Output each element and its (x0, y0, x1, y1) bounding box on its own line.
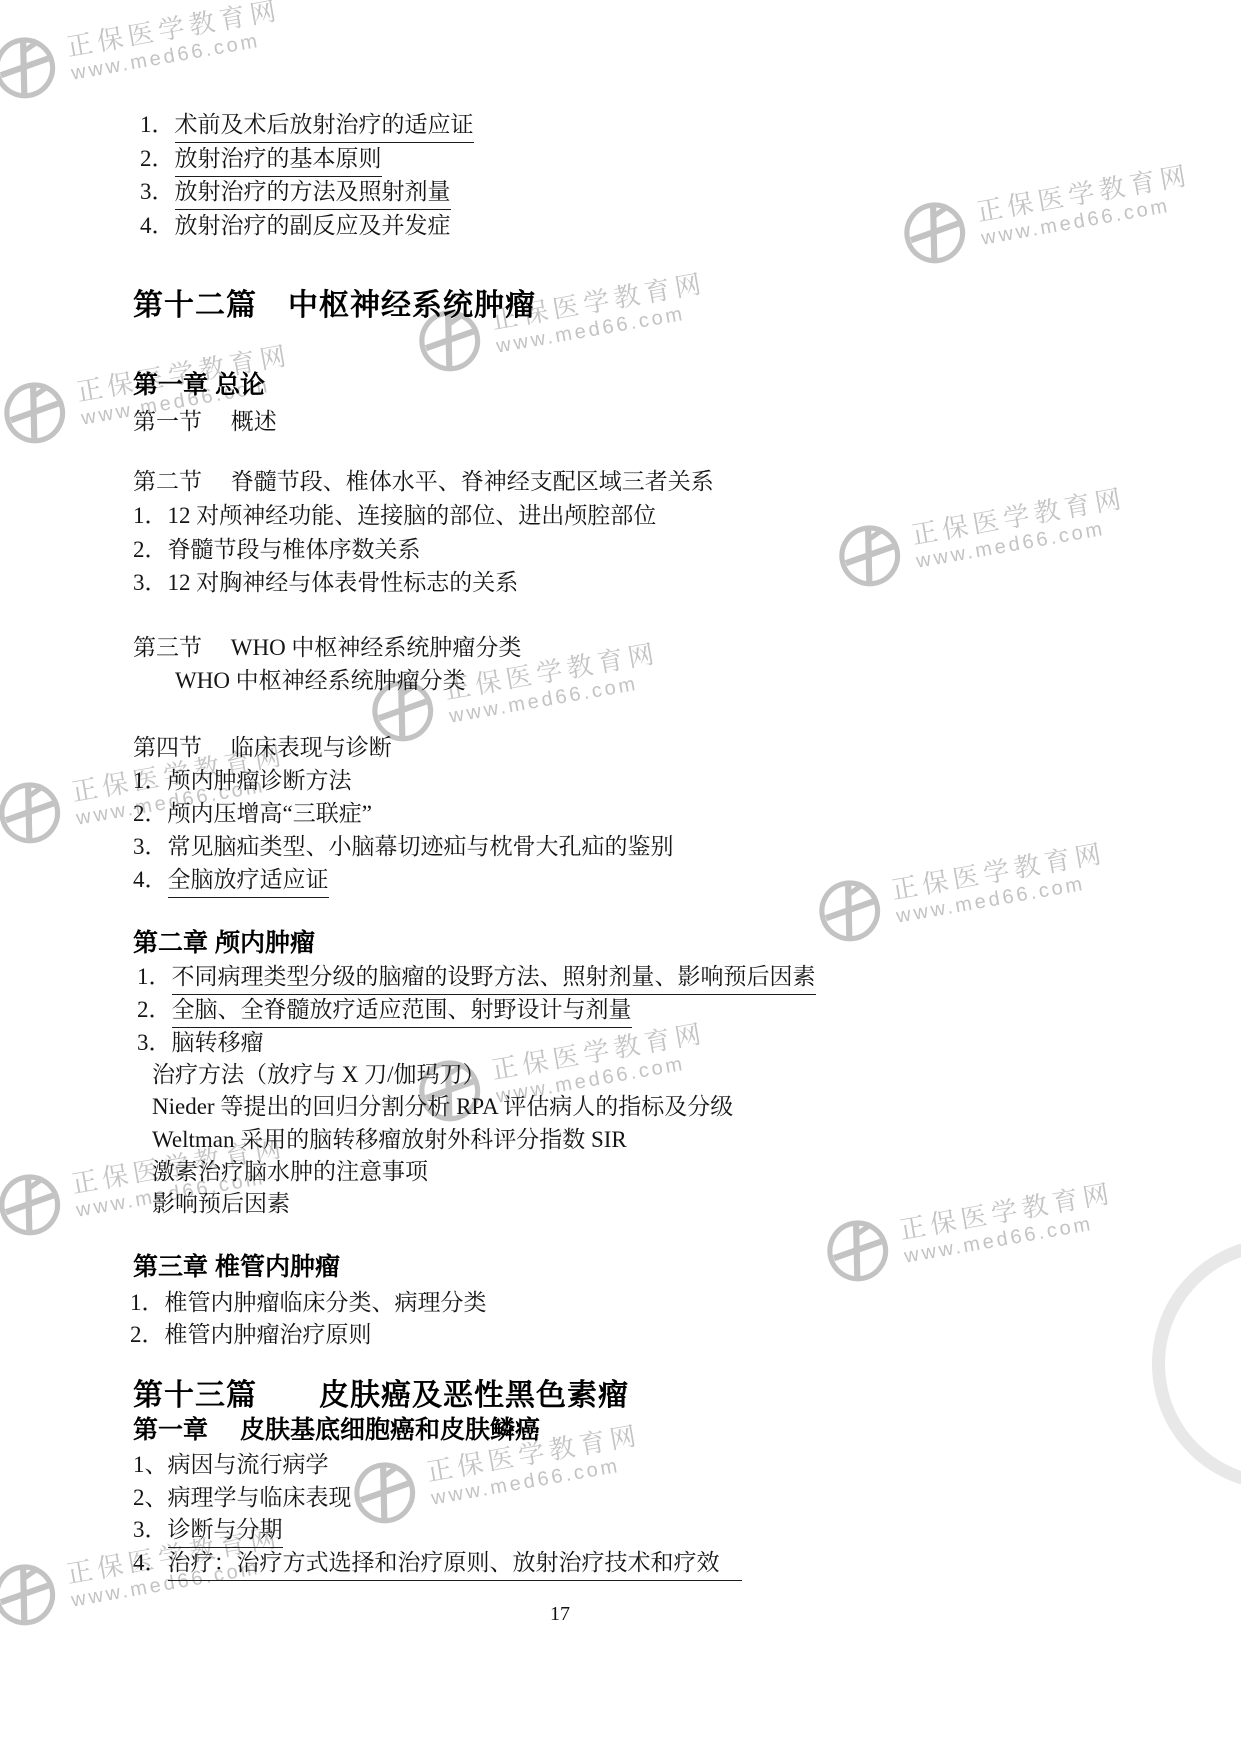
watermark-url: www.med66.com (914, 513, 1132, 575)
list-item: 3．常见脑疝类型、小脑幕切迹疝与枕骨大孔疝的鉴别 (133, 832, 674, 862)
list-item: 3．脑转移瘤 (137, 1028, 264, 1058)
item-text: 全脑、全脊髓放疗适应范围、射野设计与剂量 (172, 995, 632, 1028)
part-heading: 第十三篇 皮肤癌及恶性黑色素瘤 (133, 1378, 629, 1414)
item-text: 椎管内肿瘤临床分类、病理分类 (165, 1288, 487, 1318)
list-item: 4．放射治疗的副反应及并发症 (140, 211, 451, 241)
item-number: 2． (140, 144, 175, 174)
med66-logo-icon (812, 873, 888, 949)
list-item: 3．12 对胸神经与体表骨性标志的关系 (133, 568, 518, 598)
item-number: 3． (137, 1028, 172, 1058)
item-number: 2． (133, 799, 168, 829)
item-number: 4． (140, 211, 175, 241)
item-text: 放射治疗的基本原则 (175, 144, 382, 177)
chapter-heading: 第二章 颅内肿瘤 (133, 928, 315, 958)
med66-logo-icon (0, 30, 63, 106)
list-item: 1．12 对颅神经功能、连接脑的部位、进出颅腔部位 (133, 501, 656, 531)
item-text: 全脑放疗适应证 (168, 865, 329, 898)
watermark: 正保医学教育网www.med66.com (820, 1173, 1122, 1289)
sub-line: Nieder 等提出的回归分割分析 RPA 评估病人的指标及分级 (152, 1092, 733, 1122)
watermark-brand: 正保医学教育网 (974, 160, 1193, 227)
item-text: 放射治疗的方法及照射剂量 (175, 177, 451, 210)
item-text: 12 对胸神经与体表骨性标志的关系 (168, 568, 519, 598)
list-item: 2．放射治疗的基本原则 (140, 144, 382, 177)
list-item: 1、病因与流行病学 (133, 1450, 329, 1480)
item-number: 2、 (133, 1483, 168, 1513)
item-number: 3． (140, 177, 175, 207)
sub-line: 影响预后因素 (152, 1189, 290, 1219)
watermark: 正保医学教育网www.med66.com (897, 155, 1199, 271)
med66-logo-icon (0, 1167, 68, 1243)
med66-logo-icon (0, 1557, 63, 1633)
item-number: 2． (133, 535, 168, 565)
watermark-arc (1152, 1238, 1241, 1490)
item-text: 病因与流行病学 (168, 1450, 329, 1480)
chapter-heading: 第三章 椎管内肿瘤 (133, 1252, 340, 1282)
item-text: 病理学与临床表现 (168, 1483, 352, 1513)
document-page: 正保医学教育网www.med66.com 正保医学教育网www.med66.co… (0, 0, 1241, 1755)
chapter-heading: 第一章 皮肤基底细胞癌和皮肤鳞癌 (133, 1415, 540, 1445)
item-text: 颅内压增高“三联症” (168, 799, 372, 829)
med66-logo-icon (347, 1455, 423, 1531)
watermark-url: www.med66.com (447, 668, 665, 730)
med66-logo-icon (832, 518, 908, 594)
item-number: 2． (130, 1320, 165, 1350)
page-number: 17 (500, 1602, 620, 1626)
list-item: 2．脊髓节段与椎体序数关系 (133, 535, 421, 565)
watermark: 正保医学教育网www.med66.com (0, 0, 289, 106)
list-item: 4．全脑放疗适应证 (133, 865, 329, 898)
section-line: 第二节 脊髓节段、椎体水平、脊神经支配区域三者关系 (133, 467, 714, 497)
item-number: 1． (137, 962, 172, 992)
item-number: 1． (133, 501, 168, 531)
watermark: 正保医学教育网www.med66.com (812, 833, 1114, 949)
section-line: 第一节 概述 (133, 407, 277, 437)
list-item: 1．不同病理类型分级的脑瘤的设野方法、照射剂量、影响预后因素 (137, 962, 816, 995)
item-number: 4． (133, 865, 168, 895)
item-text: 诊断与分期 (168, 1515, 283, 1548)
part-heading: 第十二篇 中枢神经系统肿瘤 (133, 288, 536, 324)
med66-logo-icon (897, 195, 973, 271)
watermark: 正保医学教育网www.med66.com (832, 478, 1134, 594)
sub-line: WHO 中枢神经系统肿瘤分类 (175, 666, 466, 696)
watermark-url: www.med66.com (894, 868, 1112, 930)
watermark-brand: 正保医学教育网 (64, 0, 283, 62)
watermark-brand: 正保医学教育网 (889, 838, 1108, 905)
item-text: 术前及术后放射治疗的适应证 (175, 110, 474, 143)
list-item: 1．术前及术后放射治疗的适应证 (140, 110, 474, 143)
item-number: 3． (133, 568, 168, 598)
item-text: 颅内肿瘤诊断方法 (168, 766, 352, 796)
item-number: 2． (137, 995, 172, 1025)
item-text: 椎管内肿瘤治疗原则 (165, 1320, 372, 1350)
sub-line: 激素治疗脑水肿的注意事项 (152, 1157, 428, 1187)
item-text: 常见脑疝类型、小脑幕切迹疝与枕骨大孔疝的鉴别 (168, 832, 674, 862)
item-text: 治疗：治疗方式选择和治疗原则、放射治疗技术和疗效 (168, 1548, 742, 1581)
item-number: 4． (133, 1548, 168, 1578)
item-text: 脑转移瘤 (172, 1028, 264, 1058)
watermark-brand: 正保医学教育网 (909, 483, 1128, 550)
watermark-url: www.med66.com (979, 190, 1197, 252)
watermark-url: www.med66.com (902, 1208, 1120, 1270)
watermark-url: www.med66.com (429, 1450, 647, 1512)
med66-logo-icon (0, 775, 68, 851)
watermark-brand: 正保医学教育网 (489, 1018, 708, 1085)
sub-line: 治疗方法（放疗与 X 刀/伽玛刀） (152, 1060, 486, 1090)
list-item: 1．颅内肿瘤诊断方法 (133, 766, 352, 796)
list-item: 3．诊断与分期 (133, 1515, 283, 1548)
chapter-heading: 第一章 总论 (133, 370, 265, 400)
item-number: 3． (133, 1515, 168, 1545)
list-item: 4．治疗：治疗方式选择和治疗原则、放射治疗技术和疗效 (133, 1548, 742, 1581)
item-number: 3． (133, 832, 168, 862)
watermark-url: www.med66.com (69, 25, 287, 87)
item-text: 脊髓节段与椎体序数关系 (168, 535, 421, 565)
sub-line: Weltman 采用的脑转移瘤放射外科评分指数 SIR (152, 1125, 627, 1155)
item-text: 不同病理类型分级的脑瘤的设野方法、照射剂量、影响预后因素 (172, 962, 816, 995)
list-item: 2．全脑、全脊髓放疗适应范围、射野设计与剂量 (137, 995, 632, 1028)
item-number: 1． (140, 110, 175, 140)
item-text: 放射治疗的副反应及并发症 (175, 211, 451, 241)
list-item: 1．椎管内肿瘤临床分类、病理分类 (130, 1288, 487, 1318)
list-item: 3．放射治疗的方法及照射剂量 (140, 177, 451, 210)
item-text: 12 对颅神经功能、连接脑的部位、进出颅腔部位 (168, 501, 657, 531)
section-line: 第三节 WHO 中枢神经系统肿瘤分类 (133, 633, 521, 663)
item-number: 1． (133, 766, 168, 796)
item-number: 1． (130, 1288, 165, 1318)
list-item: 2．颅内压增高“三联症” (133, 799, 372, 829)
section-line: 第四节 临床表现与诊断 (133, 733, 392, 763)
med66-logo-icon (0, 375, 73, 451)
list-item: 2．椎管内肿瘤治疗原则 (130, 1320, 372, 1350)
watermark-brand: 正保医学教育网 (897, 1178, 1116, 1245)
med66-logo-icon (820, 1213, 896, 1289)
item-number: 1、 (133, 1450, 168, 1480)
list-item: 2、病理学与临床表现 (133, 1483, 352, 1513)
